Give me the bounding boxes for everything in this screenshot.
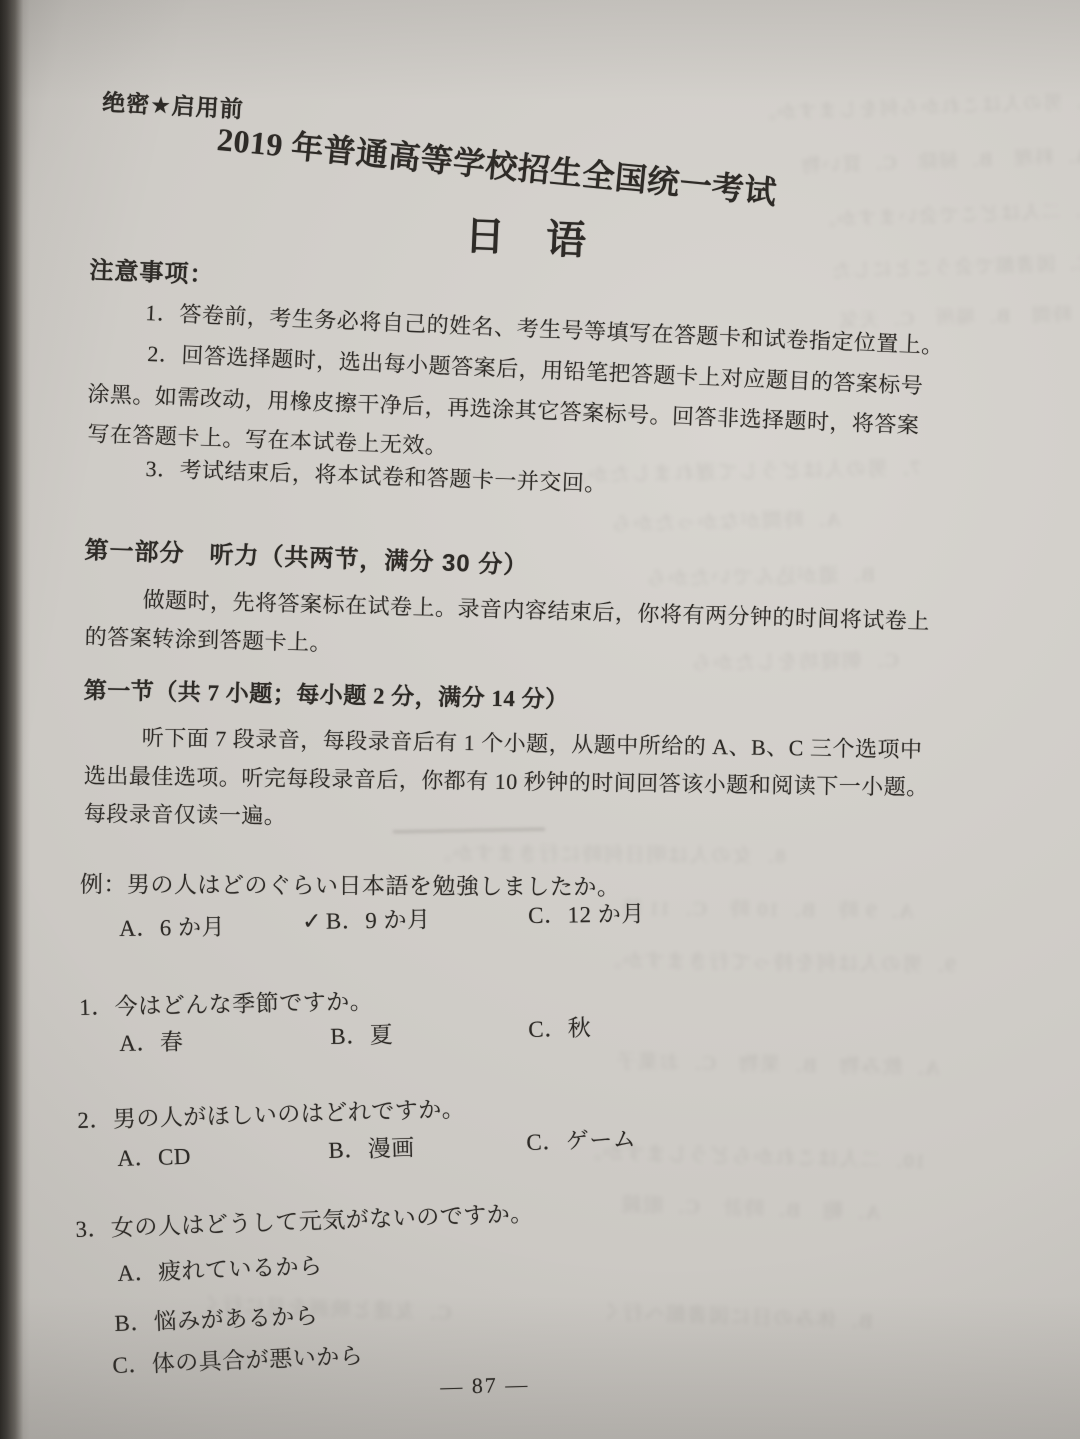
question-1-option-a: A．春: [119, 1029, 184, 1057]
correct-answer-checkmark: ✓: [302, 909, 322, 935]
example-option-a: A．6 か月: [119, 915, 225, 943]
part1-heading: 第一部分 听力（共两节，满分 30 分）: [84, 537, 529, 580]
example-option-c: C．12 か月: [528, 901, 645, 929]
example-option-b-group: ✓B．9 か月: [302, 907, 431, 935]
question-1-text: 1．今はどんな季節ですか。: [79, 989, 373, 1022]
section1-instructions-line-3: 每段录音仅读一遍。: [84, 801, 287, 829]
subject-title: 日 语: [464, 213, 587, 264]
question-2-text: 2．男の人がほしいのはどれですか。: [77, 1096, 466, 1134]
question-2-option-c: C．ゲーム: [526, 1127, 637, 1157]
section1-instructions-line-1: 听下面 7 段录音，每段录音后有 1 个小题，从题中所给的 A、B、C 三个选项…: [142, 725, 923, 763]
question-1-option-b: B．夏: [330, 1022, 393, 1050]
part1-instructions-line-1: 做题时，先将答案标在试卷上。录音内容结束后，你将有两分钟的时间将试卷上: [142, 587, 930, 634]
page-photo: 4．男の人はこれから何をしますか。 A．料理 B．掃除 C．買い物 5．二人はど…: [0, 0, 1080, 1439]
section1-heading: 第一节（共 7 小题；每小题 2 分，满分 14 分）: [83, 678, 568, 714]
notice-item-2-line-3: 写在答题卡上。写在本试卷上无效。: [87, 421, 448, 459]
page-content: 绝密★启用前 2019 年普通高等学校招生全国统一考试 日 语 注意事项： 1．…: [0, 0, 1080, 1439]
question-3-text: 3．女の人はどうして元気がないのですか。: [75, 1201, 534, 1243]
question-2-option-a: A．CD: [117, 1144, 191, 1173]
notice-item-3: 3．考试结束后，将本试卷和答题卡一并交回。: [145, 456, 607, 497]
book-binding-shadow: [0, 0, 30, 1439]
part1-instructions-line-2: 的答案转涂到答题卡上。: [84, 624, 332, 656]
question-1-option-c: C．秋: [528, 1015, 591, 1043]
question-3-option-b: B．悩みがあるから: [114, 1304, 319, 1338]
question-3-option-a: A．疲れているから: [117, 1253, 323, 1287]
notice-heading: 注意事项：: [89, 257, 215, 290]
question-2-option-b: B．漫画: [328, 1135, 415, 1164]
example-question: 例：男の人はどのぐらい日本語を勉強しましたか。: [80, 872, 621, 901]
exam-title: 2019 年普通高等学校招生全国统一考试: [215, 121, 778, 211]
question-3-option-c: C．体の具合が悪いから: [112, 1343, 364, 1379]
page-number: — 87 —: [440, 1372, 530, 1400]
security-marking: 绝密★启用前: [102, 89, 245, 123]
section1-instructions-line-2: 选出最佳选项。听完每段录音后，你都有 10 秒钟的时间回答该小题和阅读下一小题。: [84, 763, 929, 800]
exam-paper-photo: { "document": { "security_marking": "绝密★…: [0, 0, 1080, 1439]
example-option-b: B．9 か月: [326, 907, 431, 933]
